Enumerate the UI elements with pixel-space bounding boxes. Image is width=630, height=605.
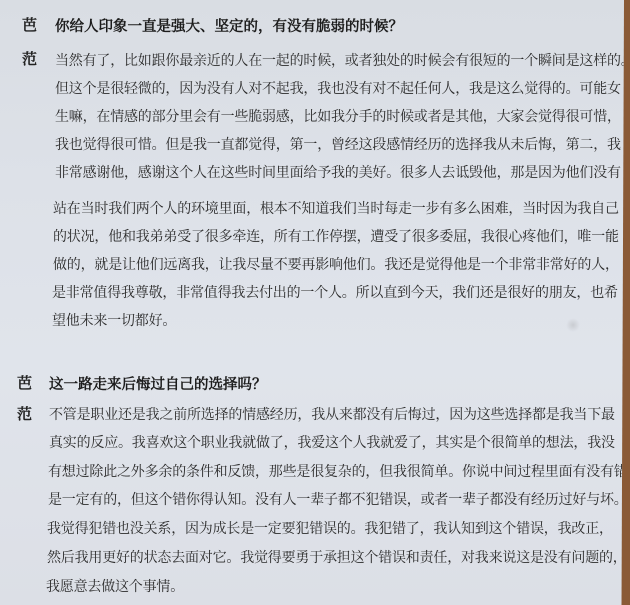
answer-line: 生嘛，在情感的部分里会有一些脆弱感，比如我分手的时候或者是其他，大家会觉得很可惜… xyxy=(55,106,621,126)
answer-line: 望他未来一切都好。 xyxy=(52,310,176,330)
answer-line: 不管是职业还是我之前所选择的情感经历，我从来都没有后悔过，因为这些选择都是我当下… xyxy=(49,404,615,424)
paper-smudge xyxy=(566,318,580,332)
answer-speaker: 范 xyxy=(17,403,32,424)
answer-line: 我愿意去做这个事情。 xyxy=(46,576,184,596)
question-text: 这一路走来后悔过自己的选择吗？ xyxy=(49,373,267,394)
answer-line: 做的，就是让他们远离我，让我尽量不要再影响他们。我还是觉得他是一个非常非常好的人… xyxy=(53,254,619,274)
answer-line: 真实的反应。我喜欢这个职业我就做了，我爱这个人我就爱了，其实是个很简单的想法，我… xyxy=(49,432,615,452)
question-text: 你给人印象一直是强大、坚定的，有没有脆弱的时候？ xyxy=(55,15,403,36)
answer-line: 我也觉得很可惜。但是我一直都觉得，第一，曾经这段感情经历的选择我从未后悔，第二，… xyxy=(55,134,621,154)
question-speaker: 芭 xyxy=(17,372,32,393)
answer-speaker: 范 xyxy=(22,48,37,69)
answer-line: 有想过除此之外多余的条件和反馈，那些是很复杂的，但我很简单。你说中间过程里面有没… xyxy=(48,461,630,481)
question-speaker: 芭 xyxy=(22,14,37,35)
answer-line: 当然有了，比如跟你最亲近的人在一起的时候，或者独处的时候会有很短的一个瞬间是这样… xyxy=(55,50,630,70)
answer-line: 是一定有的，但这个错你得认知。没有人一辈子都不犯错误，或者一辈子都没有经历过好与… xyxy=(48,489,628,509)
answer-line: 是非常值得我尊敬，非常值得我去付出的一个人。所以直到今天，我们还是很好的朋友，也… xyxy=(52,282,618,302)
answer-line: 但这个是很轻微的，因为没有人对不起我，我也没有对不起任何人，我是这么觉得的。可能… xyxy=(55,78,621,98)
answer-line: 的状况，他和我弟弟受了很多牵连，所有工作停摆，遭受了很多委屈，我很心疼他们，唯一… xyxy=(53,226,619,246)
answer-line: 我觉得犯错也没关系，因为成长是一定要犯错误的。我犯错了，我认知到这个错误，我改正… xyxy=(47,518,613,538)
answer-line: 站在当时我们两个人的环境里面，根本不知道我们当时每走一步有多么困难，当时因为我自… xyxy=(53,198,619,218)
answer-line: 非常感谢他，感谢这个人在这些时间里面给予我的美好。很多人去诋毁他，那是因为他们没… xyxy=(55,162,621,182)
answer-line: 然后我用更好的状态去面对它。我觉得要勇于承担这个错误和责任，对我来说这是没有问题… xyxy=(47,547,627,567)
printed-page: 芭 你给人印象一直是强大、坚定的，有没有脆弱的时候？ 范 当然有了，比如跟你最亲… xyxy=(0,0,624,605)
